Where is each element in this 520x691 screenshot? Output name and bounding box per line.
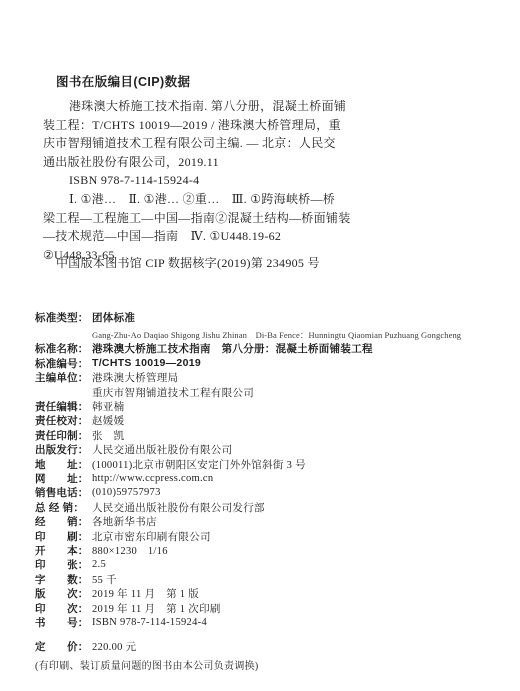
- field-label: 标准编号：: [35, 356, 92, 371]
- row-price: 定 价： 220.00 元: [35, 640, 505, 654]
- field-label: 印 刷：: [35, 529, 92, 544]
- field-value: (010)59757973: [92, 487, 161, 498]
- field-value: 人民交通出版社股份有限公司: [92, 442, 232, 457]
- row-standard-type: 标准类型： 团体标准: [35, 310, 505, 324]
- field-label: 地 址：: [35, 457, 92, 472]
- pinyin-title: Gang-Zhu-Ao Daqiao Shigong Jishu Zhinan …: [92, 329, 461, 341]
- cip-classification-line: —技术规范—中国—指南 Ⅳ. ①U448.19-62: [43, 227, 327, 246]
- row-general-distributor: 总 经 销： 人民交通出版社股份有限公司发行部: [35, 500, 505, 514]
- field-value: 2019 年 11 月 第 1 次印刷: [92, 601, 221, 616]
- row-responsible-editor: 责任编辑： 韩亚楠: [35, 399, 505, 413]
- cip-block: 图书在版编目(CIP)数据 港珠澳大桥施工技术指南. 第八分册，混凝土桥面铺 装…: [43, 72, 327, 264]
- publication-metadata: 标准类型： 团体标准 Gang-Zhu-Ao Daqiao Shigong Ji…: [35, 310, 505, 672]
- row-print-supervisor: 责任印制： 张 凯: [35, 428, 505, 442]
- row-printer: 印 刷： 北京市密东印刷有限公司: [35, 529, 505, 543]
- field-label: 总 经 销：: [35, 500, 92, 515]
- field-label: 责任编辑：: [35, 399, 92, 414]
- field-label: 开 本：: [35, 543, 92, 558]
- cip-isbn-line: ISBN 978-7-114-15924-4: [43, 171, 327, 190]
- cip-record-line: 装工程：T/CHTS 10019—2019 / 港珠澳大桥管理局，重: [43, 116, 327, 135]
- row-sales-phone: 销售电话： (010)59757973: [35, 486, 505, 500]
- field-label: 主编单位：: [35, 370, 92, 385]
- row-chief-editor-unit: 主编单位： 港珠澳大桥管理局: [35, 371, 505, 385]
- field-value: 港珠澳大桥管理局: [92, 370, 178, 385]
- cip-classification-line: Ⅰ. ①港… Ⅱ. ①港… ②重… Ⅲ. ①跨海峡桥—桥: [43, 190, 327, 209]
- isbn-value: ISBN 978-7-114-15924-4: [92, 617, 207, 628]
- field-label: 定 价：: [35, 639, 92, 654]
- row-impression: 印 次： 2019 年 11 月 第 1 次印刷: [35, 601, 505, 615]
- field-label: 出版发行：: [35, 442, 92, 457]
- field-value: 55 千: [92, 572, 117, 587]
- row-address: 地 址： (100011)北京市朝阳区安定门外外馆斜街 3 号: [35, 457, 505, 471]
- cip-classification-line: 梁工程—工程施工—中国—指南②混凝土结构—桥面铺装: [43, 209, 327, 228]
- row-book-number: 书 号： ISBN 978-7-114-15924-4: [35, 615, 505, 629]
- row-format: 开 本： 880×1230 1/16: [35, 543, 505, 557]
- row-edition: 版 次： 2019 年 11 月 第 1 版: [35, 586, 505, 600]
- field-value: 各地新华书店: [92, 514, 157, 529]
- field-value: 张 凯: [92, 428, 124, 443]
- field-value: 港珠澳大桥施工技术指南 第八分册：混凝土桥面铺装工程: [92, 341, 373, 356]
- field-label: 标准类型：: [35, 310, 92, 325]
- field-value: 韩亚楠: [92, 399, 124, 414]
- field-label: 网 址：: [35, 471, 92, 486]
- price-value: 220.00 元: [92, 639, 136, 654]
- field-value: (100011)北京市朝阳区安定门外外馆斜街 3 号: [92, 457, 306, 472]
- copyright-page: 图书在版编目(CIP)数据 港珠澳大桥施工技术指南. 第八分册，混凝土桥面铺 装…: [0, 0, 520, 691]
- field-value: 团体标准: [92, 310, 135, 325]
- field-value: 880×1230 1/16: [92, 543, 168, 558]
- field-label: 印 张：: [35, 557, 92, 572]
- field-value: 北京市密东印刷有限公司: [92, 529, 211, 544]
- field-label: 书 号：: [35, 615, 92, 630]
- website-url: http://www.ccpress.com.cn: [92, 473, 213, 484]
- field-value: 重庆市智翔铺道技术工程有限公司: [92, 385, 254, 400]
- field-value: 赵媛媛: [92, 413, 124, 428]
- cip-record-line: 庆市智翔铺道技术工程有限公司主编. — 北京：人民交: [43, 134, 327, 153]
- cip-record-line: 通出版社股份有限公司，2019.11: [43, 153, 327, 172]
- row-standard-number: 标准编号： T/CHTS 10019—2019: [35, 356, 505, 370]
- row-printed-sheets: 印 张： 2.5: [35, 558, 505, 572]
- field-value: 人民交通出版社股份有限公司发行部: [92, 500, 265, 515]
- quality-note: (有印刷、装订质量问题的图书由本公司负责调换): [35, 657, 505, 672]
- row-pinyin-title: Gang-Zhu-Ao Daqiao Shigong Jishu Zhinan …: [35, 327, 505, 341]
- row-website: 网 址： http://www.ccpress.com.cn: [35, 471, 505, 485]
- row-publisher: 出版发行： 人民交通出版社股份有限公司: [35, 443, 505, 457]
- field-label: 责任印制：: [35, 428, 92, 443]
- field-value: 2.5: [92, 559, 106, 570]
- cip-check-number: 中国版本图书馆 CIP 数据核字(2019)第 234905 号: [56, 254, 320, 271]
- row-chief-editor-unit-2: 重庆市智翔铺道技术工程有限公司: [35, 385, 505, 399]
- field-label: 责任校对：: [35, 413, 92, 428]
- row-standard-name: 标准名称： 港珠澳大桥施工技术指南 第八分册：混凝土桥面铺装工程: [35, 342, 505, 356]
- field-label: 标准名称：: [35, 341, 92, 356]
- row-word-count: 字 数： 55 千: [35, 572, 505, 586]
- field-value: T/CHTS 10019—2019: [92, 357, 201, 369]
- cip-record-paragraph: 港珠澳大桥施工技术指南. 第八分册，混凝土桥面铺 装工程：T/CHTS 1001…: [43, 97, 327, 190]
- field-value: 2019 年 11 月 第 1 版: [92, 586, 199, 601]
- row-distributor: 经 销： 各地新华书店: [35, 514, 505, 528]
- field-label: 字 数：: [35, 572, 92, 587]
- field-label: 经 销：: [35, 514, 92, 529]
- cip-record-line: 港珠澳大桥施工技术指南. 第八分册，混凝土桥面铺: [43, 97, 327, 116]
- cip-header: 图书在版编目(CIP)数据: [56, 72, 327, 90]
- field-label: 版 次：: [35, 586, 92, 601]
- field-label: 印 次：: [35, 601, 92, 616]
- row-proofreader: 责任校对： 赵媛媛: [35, 414, 505, 428]
- field-label: 销售电话：: [35, 485, 92, 500]
